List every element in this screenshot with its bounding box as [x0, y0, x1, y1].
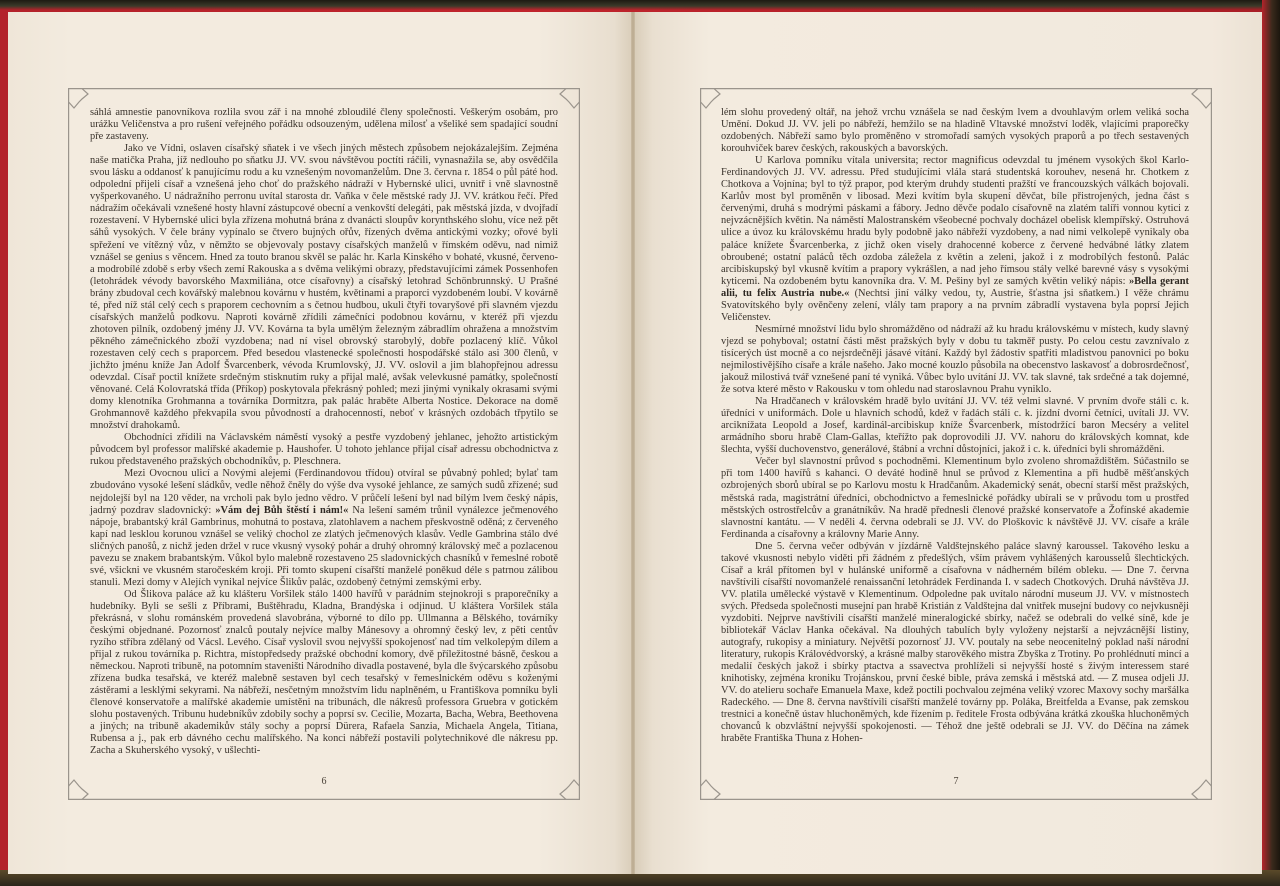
paragraph: Obchodníci zřídili na Václavském náměstí… [90, 432, 558, 468]
paragraph: Večer byl slavnostní průvod s pochodněmi… [721, 456, 1189, 540]
left-page-body: sáhlá amnestie panovníkova rozlila svou … [90, 107, 558, 758]
page-number: 6 [304, 776, 344, 787]
book-gutter [631, 12, 635, 874]
paragraph: lém slohu provedený oltář, na jehož vrch… [721, 107, 1189, 155]
paragraph: sáhlá amnestie panovníkova rozlila svou … [90, 107, 558, 143]
paragraph: Na Hradčanech v královském hradě bylo uv… [721, 396, 1189, 456]
paragraph-text: Na lešení samém trůnil vynálezce ječmeno… [90, 505, 558, 588]
paragraph: Jako ve Vídni, oslaven císařský sňatek i… [90, 143, 558, 432]
cover-right-edge [1262, 0, 1280, 886]
right-page-body: lém slohu provedený oltář, na jehož vrch… [721, 107, 1189, 745]
paragraph: U Karlova pomníku vítala universita; rec… [721, 155, 1189, 324]
paragraph: Dne 5. června večer odbýván v jízdárně V… [721, 541, 1189, 746]
cover-top-edge [0, 0, 1280, 10]
paragraph: Mezi Ovocnou ulicí a Novými alejemi (Fer… [90, 468, 558, 588]
paragraph-text: U Karlova pomníku vítala universita; rec… [721, 155, 1189, 286]
paragraph: Nesmírné množství lidu bylo shromážděno … [721, 324, 1189, 396]
page-number: 7 [936, 776, 976, 787]
bold-quote: »Vám dej Bůh štěstí i nám!« [215, 505, 348, 516]
paragraph: Od Šlikova paláce až ku klášteru Voršile… [90, 589, 558, 758]
